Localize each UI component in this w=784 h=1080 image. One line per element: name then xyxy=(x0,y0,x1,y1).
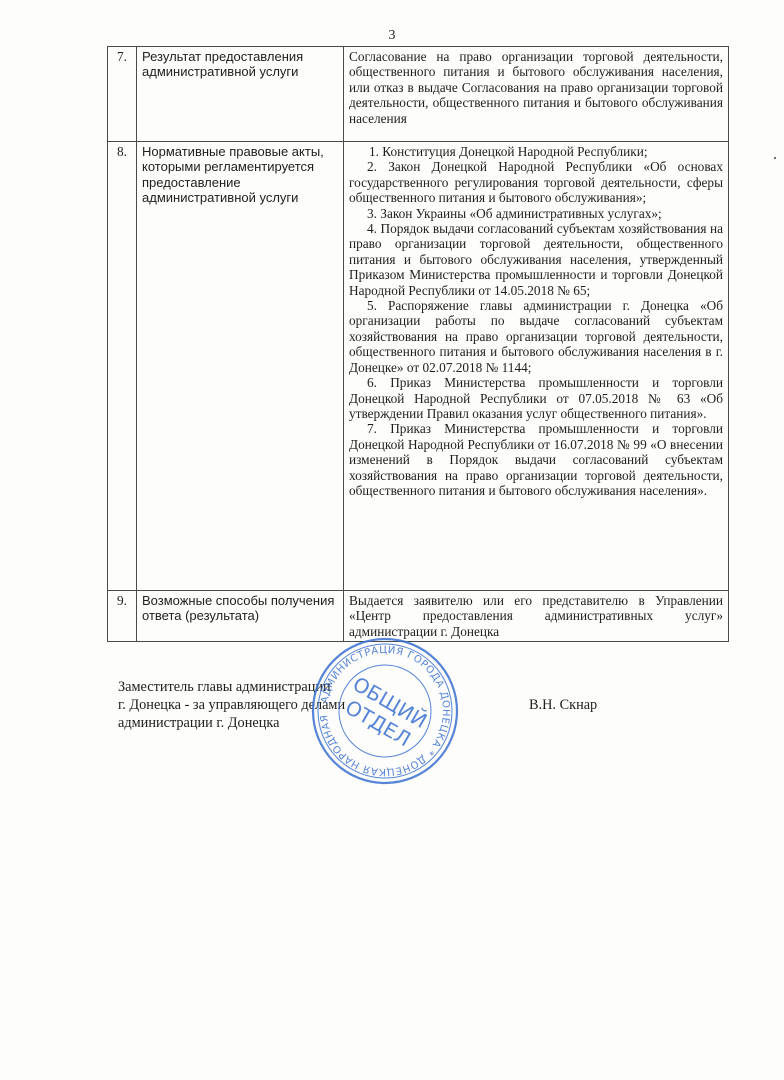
legal-act-item: 1. Конституция Донецкой Народной Республ… xyxy=(349,144,723,159)
row-title: Нормативные правовые акты, которыми регл… xyxy=(137,142,344,591)
legal-act-item: 6. Приказ Министерства промышленности и … xyxy=(349,375,723,421)
service-info-table: 7. Результат предоставления администрати… xyxy=(107,46,729,642)
scan-artifact xyxy=(774,157,776,159)
table-row-9: 9. Возможные способы получения ответа (р… xyxy=(108,591,729,642)
row-number: 7. xyxy=(108,47,137,142)
signer-name: В.Н. Скнар xyxy=(529,697,597,714)
legal-act-item: 4. Порядок выдачи согласований субъектам… xyxy=(349,221,723,298)
row-title: Результат предоставления административно… xyxy=(137,47,344,142)
row-content: Согласование на право организации торгов… xyxy=(344,47,729,142)
legal-acts-list: 1. Конституция Донецкой Народной Республ… xyxy=(344,142,729,591)
legal-act-item: 3. Закон Украины «Об административных ус… xyxy=(349,206,723,221)
official-stamp-icon: АДМИНИСТРАЦИЯ ГОРОДА ДОНЕЦКА * ДОНЕЦКАЯ … xyxy=(310,636,460,786)
table-row-7: 7. Результат предоставления администрати… xyxy=(108,47,729,142)
legal-act-item: 5. Распоряжение главы администрации г. Д… xyxy=(349,298,723,375)
legal-act-item: 2. Закон Донецкой Народной Республики «О… xyxy=(349,159,723,205)
legal-act-item: 7. Приказ Министерства промышленности и … xyxy=(349,421,723,498)
row-number: 8. xyxy=(108,142,137,591)
page-number: 3 xyxy=(0,28,784,44)
row-content: Выдается заявителю или его представителю… xyxy=(344,591,729,642)
table-row-8: 8. Нормативные правовые акты, которыми р… xyxy=(108,142,729,591)
row-number: 9. xyxy=(108,591,137,642)
row-title: Возможные способы получения ответа (резу… xyxy=(137,591,344,642)
